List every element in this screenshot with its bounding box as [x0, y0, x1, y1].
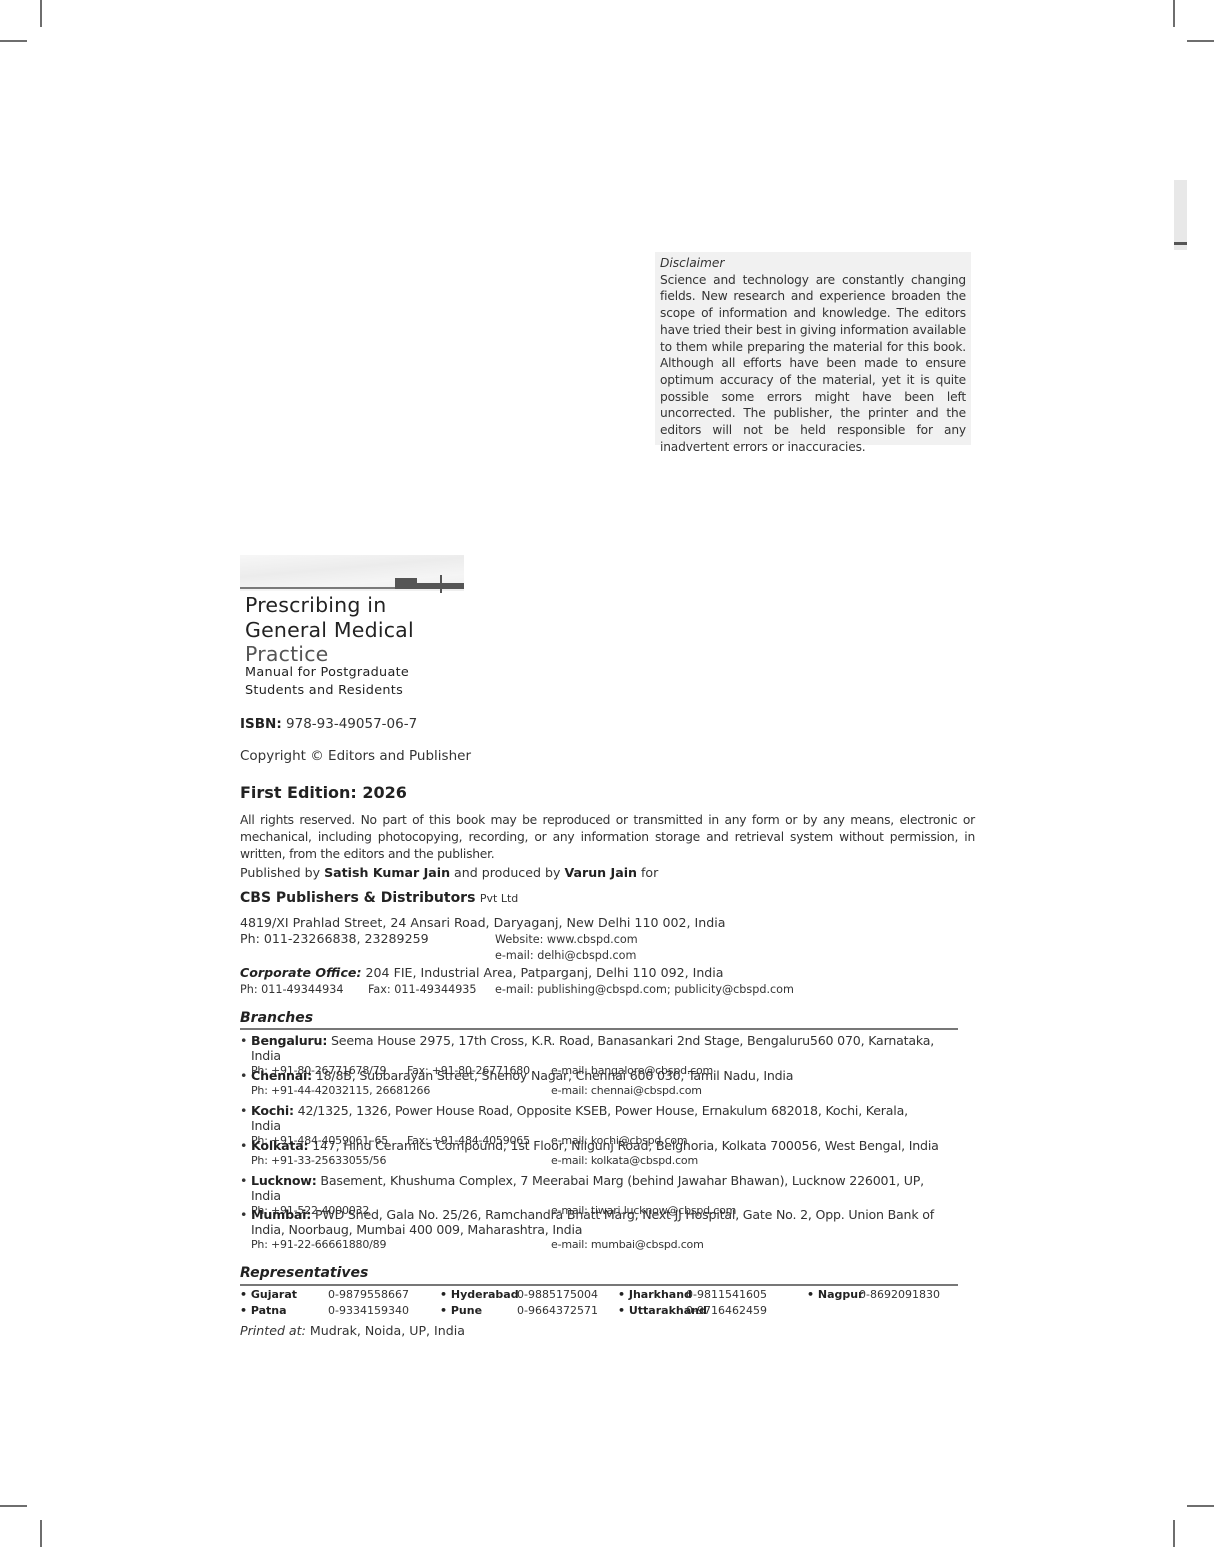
corporate-email: e-mail: publishing@cbspd.com; publicity@…	[495, 983, 794, 996]
disclaimer-title: Disclaimer	[660, 255, 966, 272]
branch-email: e-mail: kolkata@cbspd.com	[551, 1153, 698, 1168]
divider	[240, 1284, 958, 1286]
representatives-title: Representatives	[240, 1265, 368, 1281]
branch-address: 42/1325, 1326, Power House Road, Opposit…	[251, 1103, 908, 1133]
isbn: ISBN: 978-93-49057-06-7	[240, 716, 417, 732]
head-office-address: 4819/XI Prahlad Street, 24 Ansari Road, …	[240, 915, 725, 930]
title-header-graphic	[240, 555, 464, 591]
representative-name: • Uttarakhand	[618, 1304, 686, 1317]
branch-city: Mumbai:	[251, 1207, 311, 1222]
branch-phone: Ph: +91-22-66661880/89	[251, 1237, 386, 1252]
branch-city: Kochi:	[251, 1103, 294, 1118]
head-office-email: e-mail: delhi@cbspd.com	[495, 949, 636, 962]
representative-item: • Gujarat0-9879558667	[240, 1288, 409, 1301]
head-office-phone: Ph: 011-23266838, 23289259	[240, 931, 429, 946]
disclaimer-body: Science and technology are constantly ch…	[660, 272, 966, 456]
thumb-tab-marker	[1174, 242, 1187, 245]
representative-phone: 0-9811541605	[686, 1288, 767, 1301]
branch-city: Kolkata:	[251, 1138, 308, 1153]
representative-name: • Hyderabad	[440, 1288, 517, 1301]
book-subtitle: Manual for Postgraduate Students and Res…	[245, 664, 409, 700]
branch-item: • Chennai: 18/8B, Subbarayan Street, She…	[240, 1068, 970, 1097]
representative-name: • Nagpur	[807, 1288, 859, 1301]
company-name: CBS Publishers & Distributors Pvt Ltd	[240, 890, 518, 906]
crop-mark	[1173, 1520, 1175, 1547]
corporate-office: Corporate Office: 204 FIE, Industrial Ar…	[240, 965, 724, 980]
branch-phone: Ph: +91-33-25633055/56	[251, 1153, 386, 1168]
representative-name: • Pune	[440, 1304, 517, 1317]
representative-name: • Gujarat	[240, 1288, 328, 1301]
edition: First Edition: 2026	[240, 783, 407, 802]
disclaimer-box: Disclaimer Science and technology are co…	[655, 252, 971, 445]
branch-item: • Kolkata: 147, Hind Ceramics Compound, …	[240, 1138, 970, 1167]
branch-city: Lucknow:	[251, 1173, 317, 1188]
printed-at: Printed at: Mudrak, Noida, UP, India	[240, 1323, 465, 1338]
branches-title: Branches	[240, 1010, 313, 1026]
branch-email: e-mail: chennai@cbspd.com	[551, 1083, 702, 1098]
branch-address: 18/8B, Subbarayan Street, Shenoy Nagar, …	[312, 1068, 793, 1083]
representative-phone: 0-9879558667	[328, 1288, 409, 1301]
crop-mark	[0, 1505, 27, 1507]
branch-city: Bengaluru:	[251, 1033, 327, 1048]
representative-phone: 0-9716462459	[686, 1304, 767, 1317]
representative-name: • Jharkhand	[618, 1288, 686, 1301]
representative-item: • Hyderabad0-9885175004	[440, 1288, 598, 1301]
published-by: Published by Satish Kumar Jain and produ…	[240, 865, 658, 880]
crop-mark	[1187, 1505, 1214, 1507]
branch-address: 147, Hind Ceramics Compound, 1st Floor, …	[308, 1138, 938, 1153]
divider	[240, 1028, 958, 1030]
branch-phone: Ph: +91-44-42032115, 26681266	[251, 1083, 430, 1098]
rights-notice: All rights reserved. No part of this boo…	[240, 812, 975, 862]
branch-address: PWD Shed, Gala No. 25/26, Ramchandra Bha…	[251, 1207, 934, 1237]
branch-city: Chennai:	[251, 1068, 312, 1083]
thumb-tab	[1174, 180, 1187, 250]
representative-item: • Jharkhand0-9811541605	[618, 1288, 767, 1301]
representative-item: • Nagpur0-8692091830	[807, 1288, 940, 1301]
website: Website: www.cbspd.com	[495, 933, 638, 946]
crop-mark	[0, 40, 27, 42]
crop-mark	[40, 1520, 42, 1547]
representative-item: • Uttarakhand0-9716462459	[618, 1304, 767, 1317]
branch-address: Seema House 2975, 17th Cross, K.R. Road,…	[251, 1033, 934, 1063]
representative-phone: 0-8692091830	[859, 1288, 940, 1301]
crop-mark	[1187, 40, 1214, 42]
branch-address: Basement, Khushuma Complex, 7 Meerabai M…	[251, 1173, 924, 1203]
crop-mark	[40, 0, 42, 27]
branch-item: • Mumbai: PWD Shed, Gala No. 25/26, Ramc…	[240, 1207, 970, 1251]
representative-item: • Pune0-9664372571	[440, 1304, 598, 1317]
representative-phone: 0-9885175004	[517, 1288, 598, 1301]
crop-mark	[1173, 0, 1175, 27]
representative-name: • Patna	[240, 1304, 328, 1317]
representative-item: • Patna0-9334159340	[240, 1304, 409, 1317]
branch-email: e-mail: mumbai@cbspd.com	[551, 1237, 704, 1252]
book-title: Prescribing in General Medical Practice	[245, 593, 414, 667]
representative-phone: 0-9664372571	[517, 1304, 598, 1317]
copyright: Copyright © Editors and Publisher	[240, 748, 471, 764]
corporate-phone: Ph: 011-49344934	[240, 983, 344, 996]
representative-phone: 0-9334159340	[328, 1304, 409, 1317]
corporate-fax: Fax: 011-49344935	[368, 983, 477, 996]
